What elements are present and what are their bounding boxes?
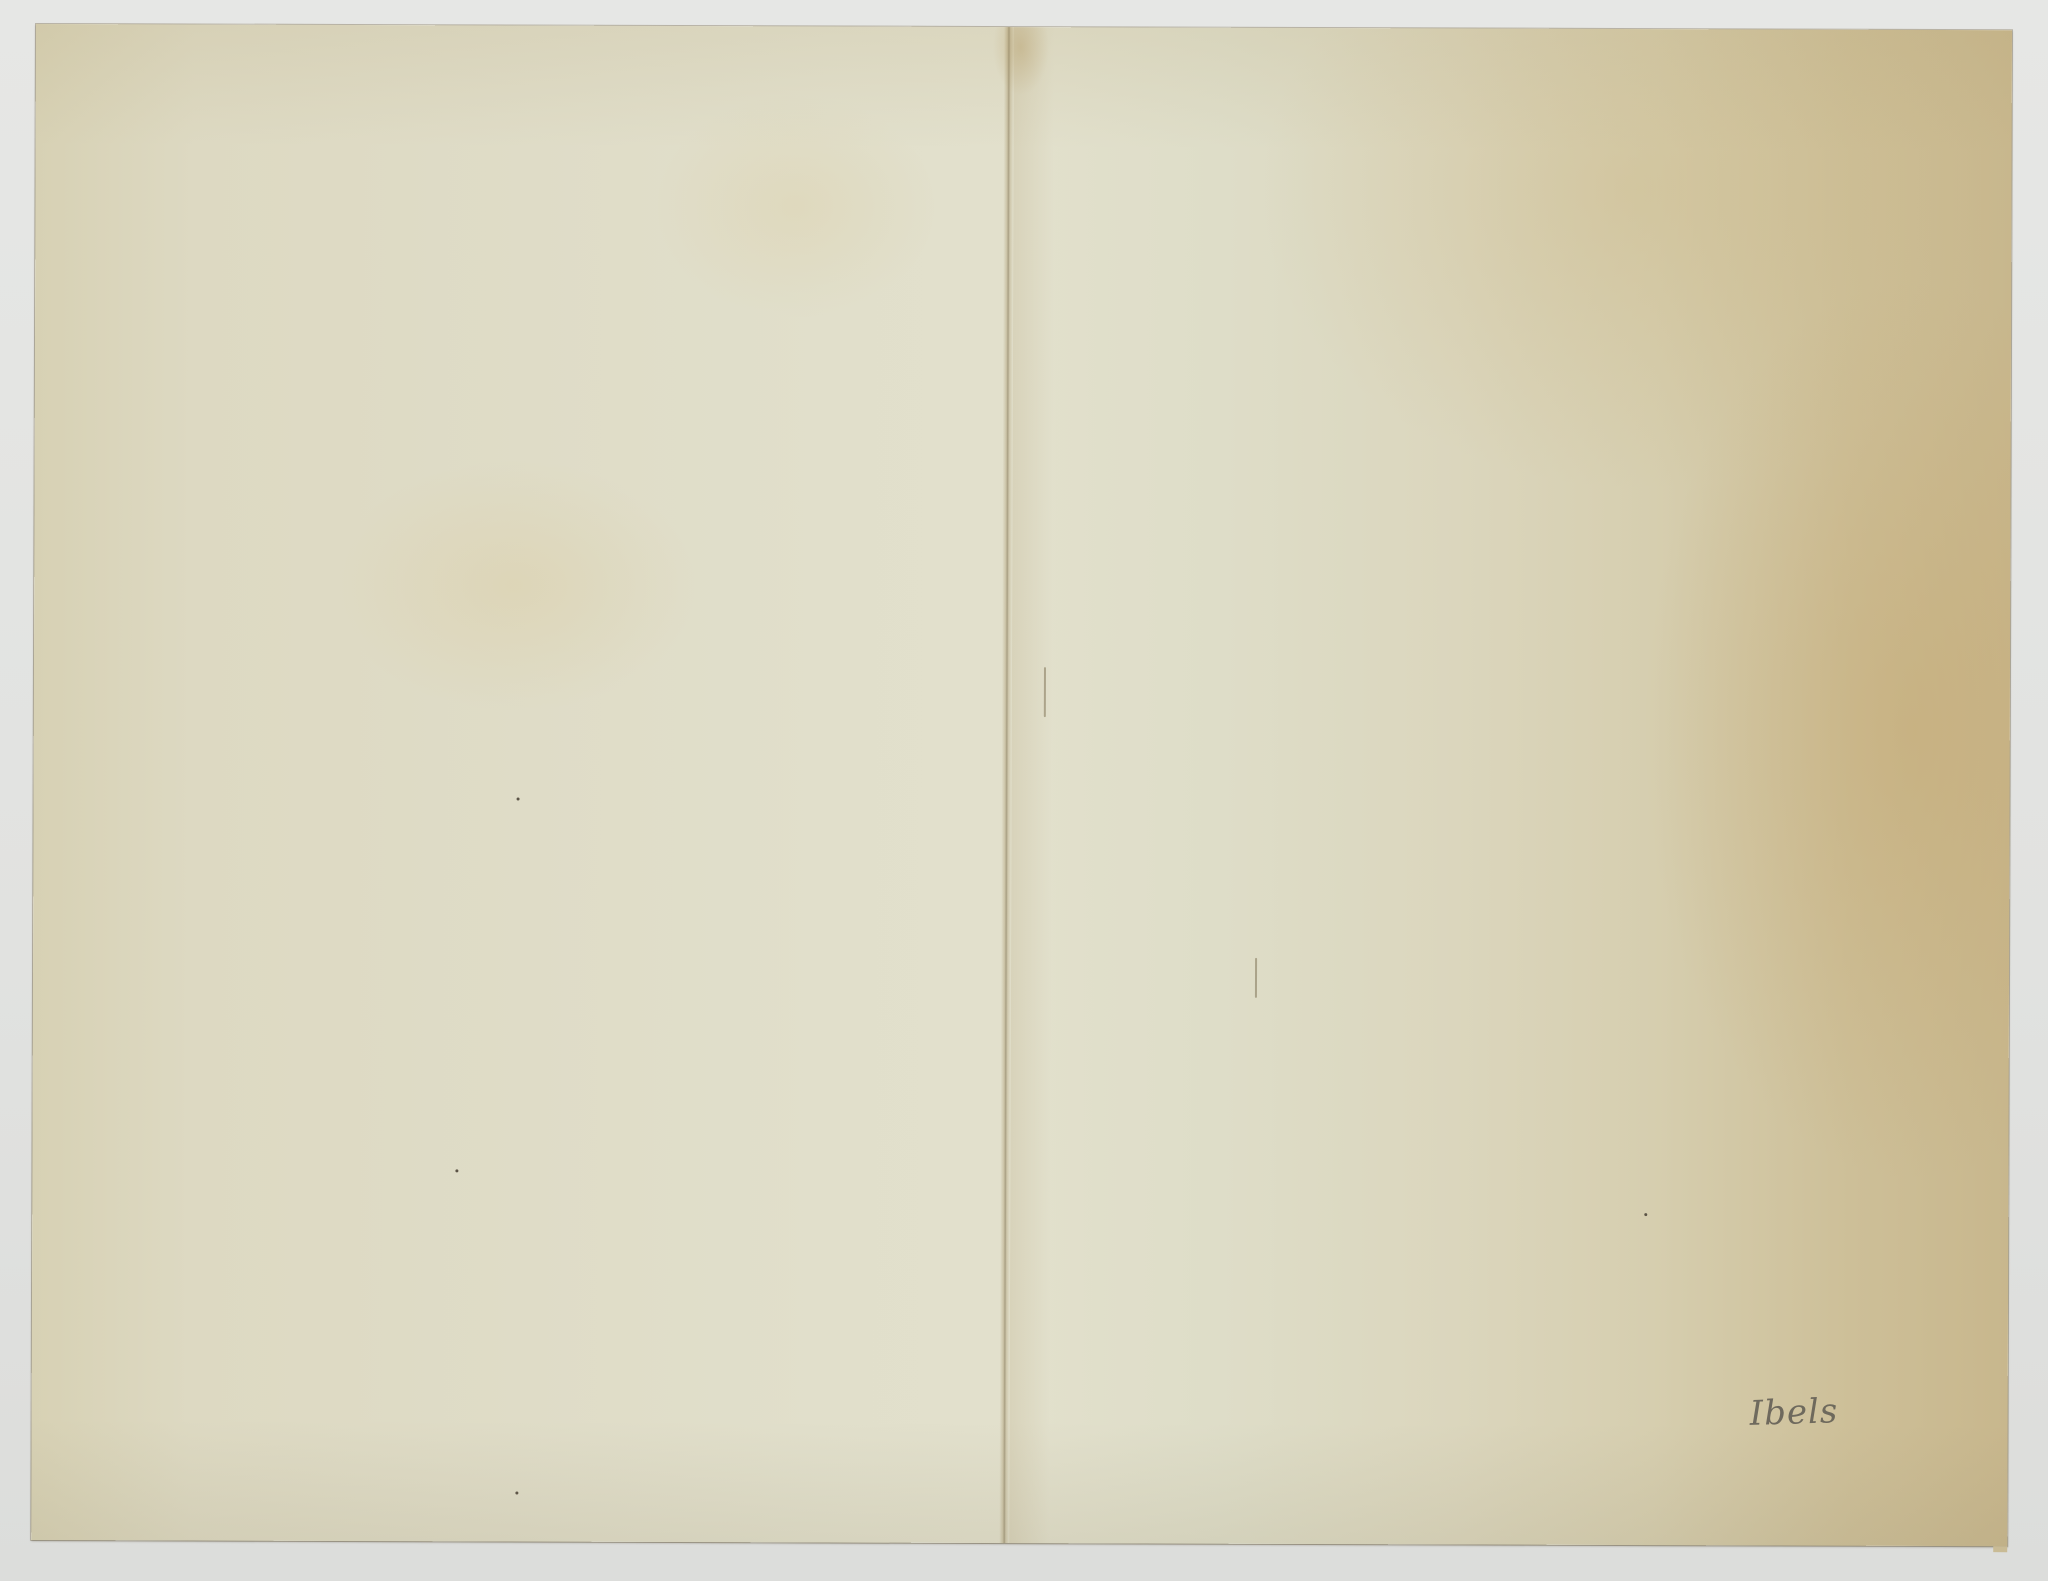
paper-speck [515, 1492, 518, 1495]
paper-speck [455, 1169, 458, 1172]
paper-sheet: Ibels [31, 24, 2012, 1546]
crease-mark [1255, 958, 1257, 998]
paper-speck [1644, 1213, 1647, 1216]
center-fold-shadow [1009, 27, 1054, 1543]
paper-speck [517, 798, 520, 801]
paper-edge-notch [1993, 1546, 2007, 1552]
crease-mark [1044, 667, 1046, 717]
pencil-annotation: Ibels [1749, 1391, 1839, 1434]
